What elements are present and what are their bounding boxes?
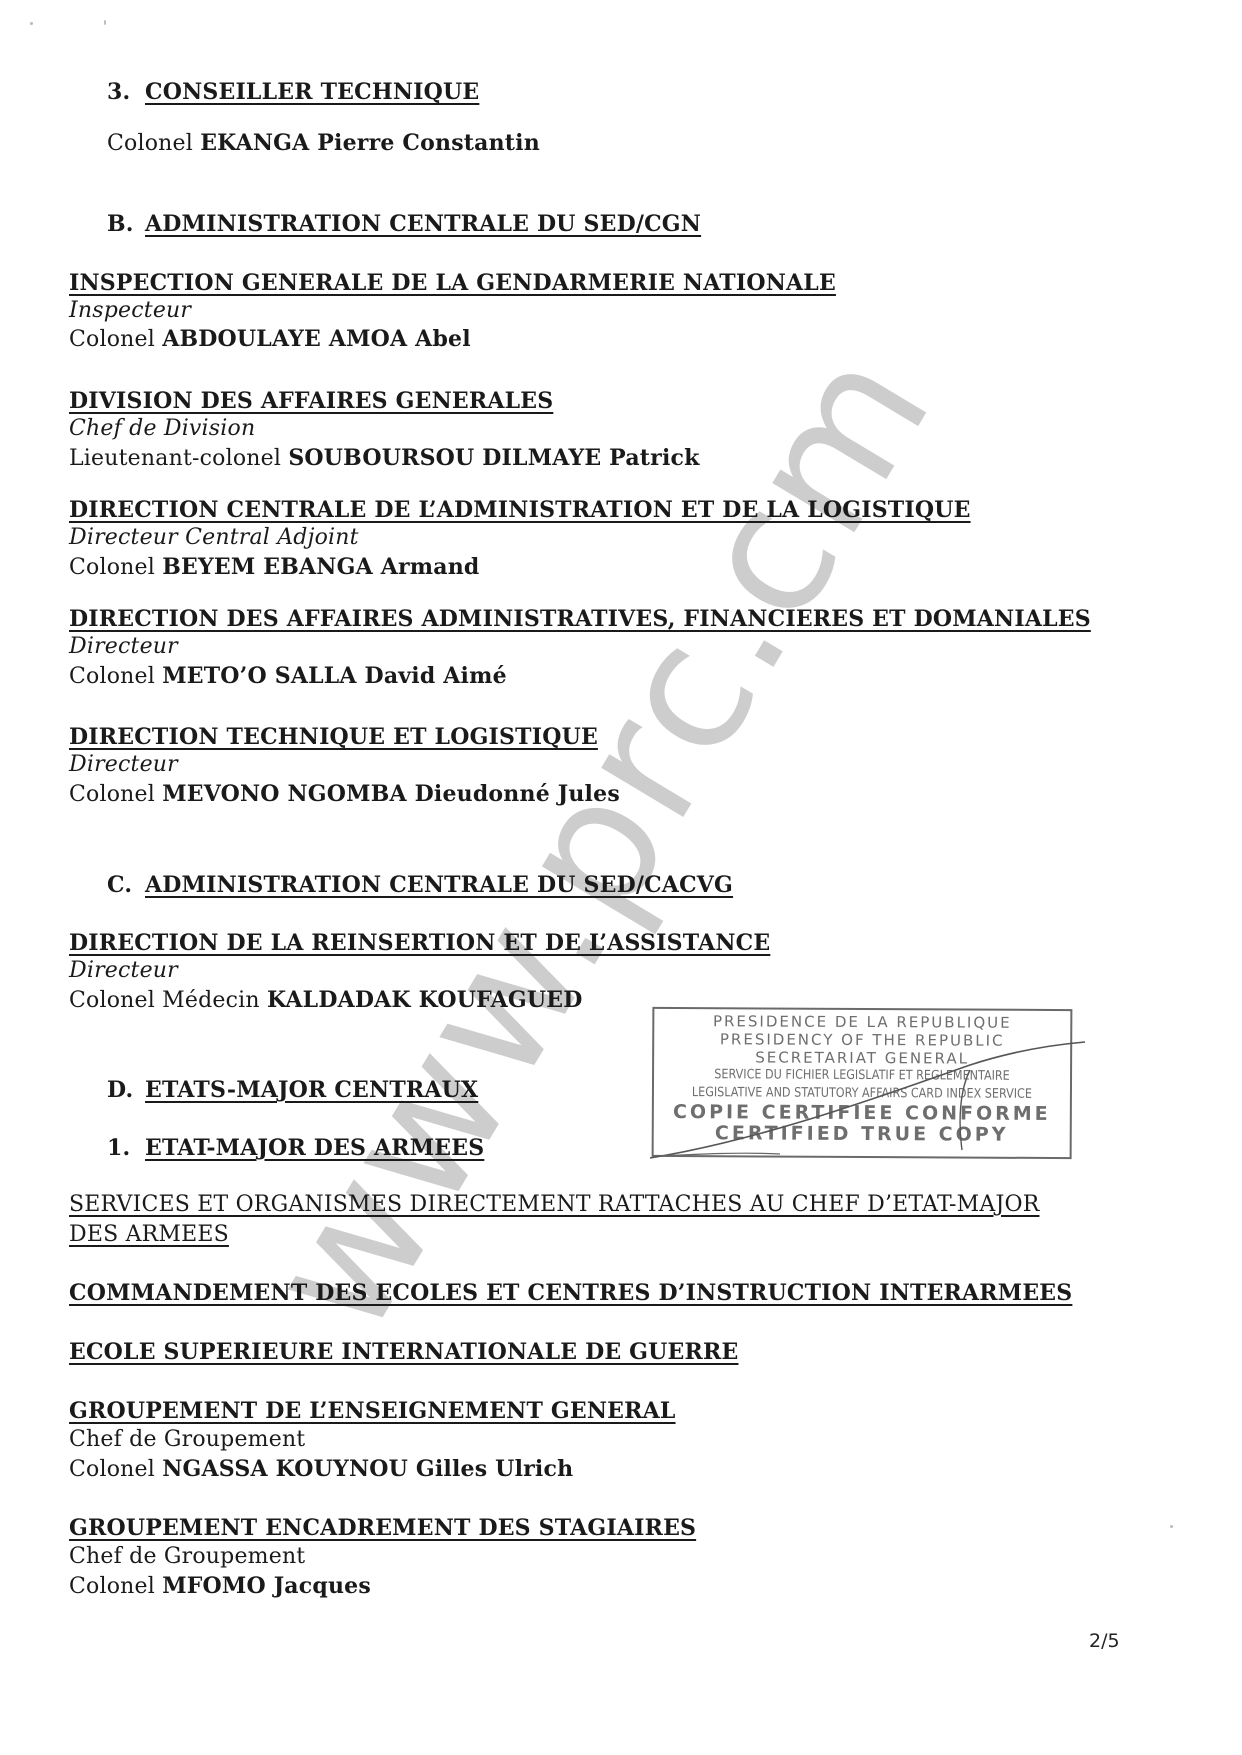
page-number: 2/5 — [1089, 1630, 1120, 1652]
section-title: ETAT-MAJOR DES ARMEES — [145, 1135, 484, 1161]
person-line: Colonel Médecin KALDADAK KOUFAGUED — [69, 987, 583, 1014]
section-title: ADMINISTRATION CENTRALE DU SED/CGN — [145, 211, 701, 237]
unit-role: Directeur — [69, 634, 178, 660]
person-line: Lieutenant-colonel SOUBOURSOU DILMAYE Pa… — [69, 445, 700, 472]
person-line: Colonel NGASSA KOUYNOU Gilles Ulrich — [69, 1456, 573, 1483]
ecole-heading: ECOLE SUPERIEURE INTERNATIONALE DE GUERR… — [69, 1339, 738, 1365]
commandement-heading: COMMANDEMENT DES ECOLES ET CENTRES D’INS… — [69, 1280, 1072, 1306]
certification-stamp: PRESIDENCE DE LA REPUBLIQUE PRESIDENCY O… — [652, 1007, 1073, 1159]
services-heading-line1: SERVICES ET ORGANISMES DIRECTEMENT RATTA… — [69, 1192, 1039, 1218]
unit-title: INSPECTION GENERALE DE LA GENDARMERIE NA… — [69, 270, 836, 296]
person-line: Colonel EKANGA Pierre Constantin — [107, 130, 540, 157]
scan-speck — [30, 22, 33, 25]
unit-role: Directeur Central Adjoint — [69, 525, 359, 551]
unit-role: Inspecteur — [69, 298, 191, 324]
section-heading-3: 3.CONSEILLER TECHNIQUE — [107, 79, 479, 106]
person-name: EKANGA Pierre Constantin — [200, 130, 540, 156]
unit-role: Chef de Groupement — [69, 1544, 305, 1570]
unit-title: DIRECTION DES AFFAIRES ADMINISTRATIVES, … — [69, 606, 1091, 632]
stamp-line: SECRETARIAT GENERAL — [654, 1048, 1070, 1068]
scan-speck — [1170, 1525, 1173, 1528]
unit-title: DIVISION DES AFFAIRES GENERALES — [69, 388, 553, 414]
section-heading-d: D.ETATS-MAJOR CENTRAUX — [107, 1077, 478, 1104]
person-line: Colonel MFOMO Jacques — [69, 1573, 371, 1600]
section-heading-1: 1.ETAT-MAJOR DES ARMEES — [107, 1135, 484, 1162]
rank: Colonel — [107, 131, 193, 156]
stamp-line: PRESIDENCY OF THE REPUBLIC — [654, 1030, 1070, 1050]
section-heading-c: C.ADMINISTRATION CENTRALE DU SED/CACVG — [107, 872, 733, 899]
unit-role: Chef de Division — [69, 416, 255, 442]
document-page: www.prc.cm 3.CONSEILLER TECHNIQUE Colone… — [0, 0, 1242, 1755]
unit-title: DIRECTION DE LA REINSERTION ET DE L’ASSI… — [69, 930, 770, 956]
scan-speck — [104, 20, 106, 25]
unit-title: DIRECTION TECHNIQUE ET LOGISTIQUE — [69, 724, 598, 750]
section-heading-b: B.ADMINISTRATION CENTRALE DU SED/CGN — [107, 211, 701, 238]
stamp-line: SERVICE DU FICHIER LEGISLATIF ET REGLEME… — [683, 1066, 1041, 1086]
stamp-line: PRESIDENCE DE LA REPUBLIQUE — [654, 1012, 1070, 1032]
unit-title: GROUPEMENT DE L’ENSEIGNEMENT GENERAL — [69, 1398, 676, 1424]
section-title: CONSEILLER TECHNIQUE — [145, 79, 479, 105]
unit-role: Chef de Groupement — [69, 1427, 305, 1453]
person-line: Colonel ABDOULAYE AMOA Abel — [69, 326, 471, 353]
services-heading-line2: DES ARMEES — [69, 1222, 229, 1248]
section-title: ETATS-MAJOR CENTRAUX — [145, 1077, 478, 1103]
unit-title: DIRECTION CENTRALE DE L’ADMINISTRATION E… — [69, 497, 971, 523]
section-title: ADMINISTRATION CENTRALE DU SED/CACVG — [145, 872, 733, 898]
person-line: Colonel BEYEM EBANGA Armand — [69, 554, 479, 581]
unit-role: Directeur — [69, 752, 178, 778]
person-line: Colonel MEVONO NGOMBA Dieudonné Jules — [69, 781, 620, 808]
unit-title: GROUPEMENT ENCADREMENT DES STAGIAIRES — [69, 1515, 696, 1541]
unit-role: Directeur — [69, 958, 178, 984]
stamp-line: CERTIFIED TRUE COPY — [654, 1123, 1070, 1146]
person-line: Colonel METO’O SALLA David Aimé — [69, 663, 507, 690]
stamp-line: LEGISLATIVE AND STATUTORY AFFAIRS CARD I… — [683, 1084, 1041, 1104]
